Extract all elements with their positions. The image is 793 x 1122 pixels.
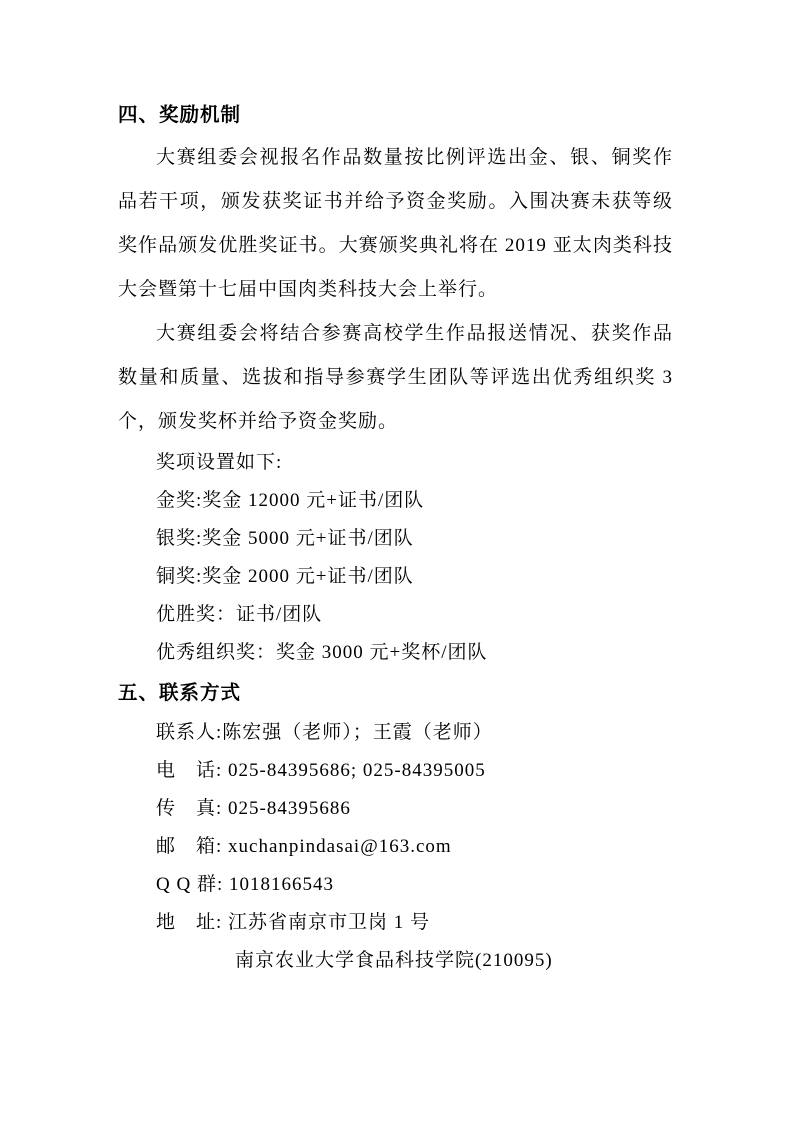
award-item-gold: 金奖:奖金 12000 元+证书/团队 [118,482,673,520]
award-item-silver: 银奖:奖金 5000 元+证书/团队 [118,520,673,558]
document-page: 四、奖励机制 大赛组委会视报名作品数量按比例评选出金、银、铜奖作品若干项，颁发获… [0,0,793,1122]
awards-paragraph-1: 大赛组委会视报名作品数量按比例评选出金、银、铜奖作品若干项，颁发获奖证书并给予资… [118,136,673,312]
contact-address-line2: 南京农业大学食品科技学院(210095) [118,942,673,980]
awards-paragraph-2: 大赛组委会将结合参赛高校学生作品报送情况、获奖作品数量和质量、选拔和指导参赛学生… [118,312,673,444]
award-item-winner: 优胜奖：证书/团队 [118,596,673,634]
contact-item-email: 邮 箱: xuchanpindasai@163.com [118,828,673,866]
contact-item-qq-group: Q Q 群: 1018166543 [118,866,673,904]
contact-item-address: 地 址: 江苏省南京市卫岗 1 号 [118,904,673,942]
section-heading-contact: 五、联系方式 [118,678,673,708]
award-item-bronze: 铜奖:奖金 2000 元+证书/团队 [118,558,673,596]
section-heading-awards: 四、奖励机制 [118,100,673,130]
awards-list-intro: 奖项设置如下: [118,444,673,482]
contact-item-person: 联系人:陈宏强（老师）；王霞（老师） [118,714,673,752]
contact-item-fax: 传 真: 025-84395686 [118,790,673,828]
award-item-organization: 优秀组织奖：奖金 3000 元+奖杯/团队 [118,634,673,672]
contact-item-phone: 电 话: 025-84395686; 025-84395005 [118,752,673,790]
